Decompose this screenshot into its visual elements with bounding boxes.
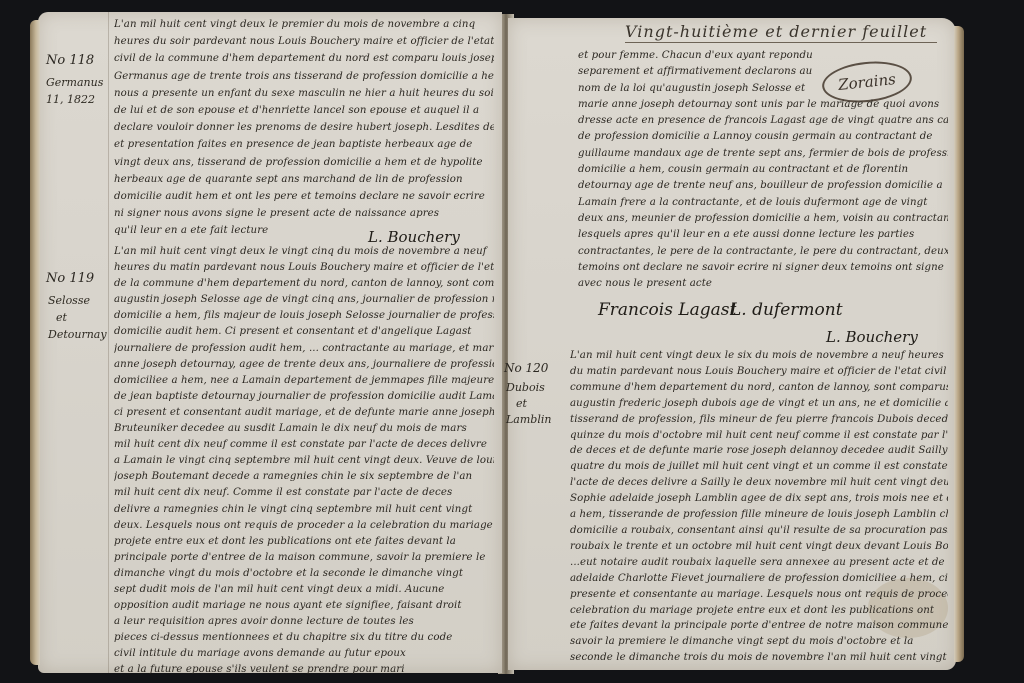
left-page: No 118 Germanus 11, 1822 L'an mil huit c…: [38, 12, 502, 673]
open-register-book: No 118 Germanus 11, 1822 L'an mil huit c…: [0, 0, 1024, 683]
margin-note-119: Selosse et Detournay: [48, 292, 107, 343]
signature-francois-lagast: Francois Lagast: [598, 300, 736, 320]
signature-dufermont: L. dufermont: [730, 300, 843, 320]
margin-note-120: Dubois et Lamblin: [506, 380, 551, 428]
margin-rule: [108, 12, 109, 673]
signature-bouchery-119: L. Bouchery: [826, 328, 918, 346]
page-header-title: Vingt-huitième et dernier feuillet: [625, 22, 927, 41]
entry-number-119: No 119: [46, 270, 94, 287]
entry-number-120: No 120: [504, 360, 548, 377]
entry-118-text: L'an mil huit cent vingt deux le premier…: [114, 16, 494, 240]
entry-119-continuation-text: et pour femme. Chacun d'eux ayant repond…: [578, 48, 948, 292]
entry-119-text: L'an mil huit cent vingt deux le vingt c…: [114, 244, 494, 679]
entry-120-text: L'an mil huit cent vingt deux le six du …: [570, 348, 948, 666]
entry-number-118: No 118: [46, 52, 94, 69]
margin-note-118: Germanus 11, 1822: [46, 74, 103, 108]
